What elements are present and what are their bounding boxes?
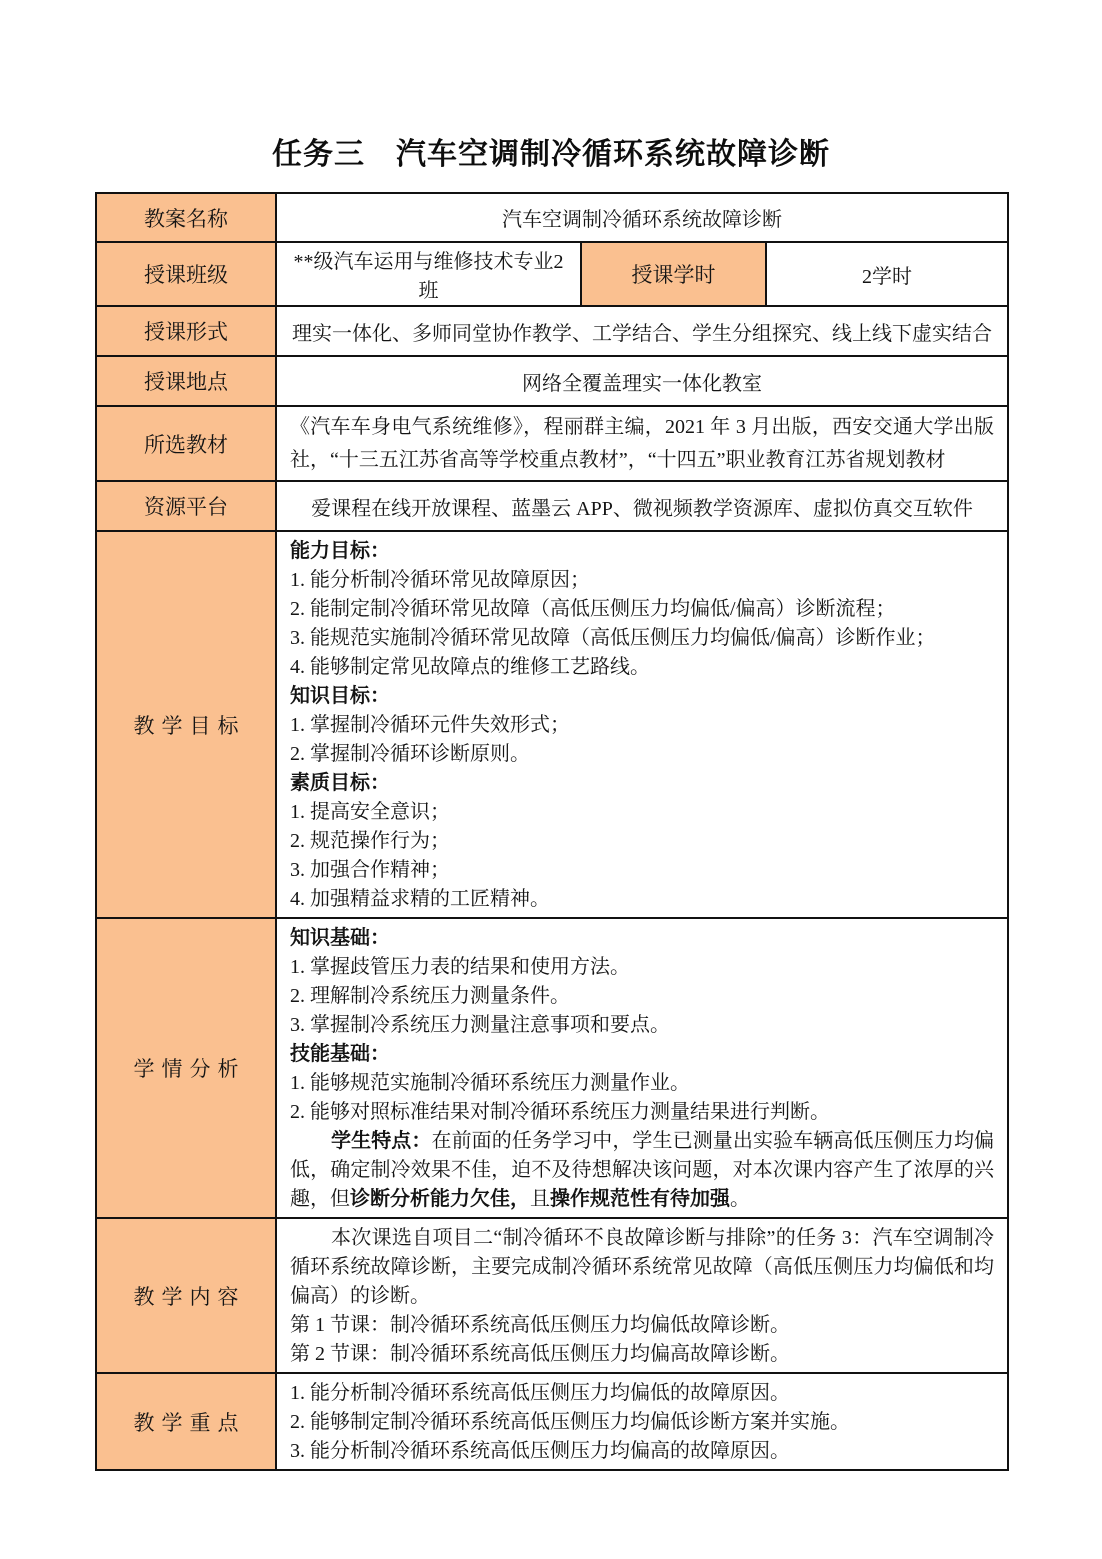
paragraph: 3. 加强合作精神；: [290, 856, 994, 885]
paragraph: 4. 能够制定常见故障点的维修工艺路线。: [290, 653, 994, 682]
paragraph: 2. 能制定制冷循环常见故障（高低压侧压力均偏低/偏高）诊断流程；: [290, 595, 994, 624]
paragraph: 知识基础：: [290, 924, 994, 953]
text-segment: 1. 能够规范实施制冷循环系统压力测量作业。: [290, 1072, 690, 1094]
text-segment: 4. 加强精益求精的工匠精神。: [290, 888, 550, 910]
row-content-hours: 2学时: [766, 242, 1008, 306]
text-segment: 2. 规范操作行为；: [290, 830, 450, 852]
text-segment: 1. 提高安全意识；: [290, 801, 450, 823]
text-segment: 3. 能分析制冷循环系统高低压侧压力均偏高的故障原因。: [290, 1440, 790, 1462]
paragraph: 3. 能分析制冷循环系统高低压侧压力均偏高的故障原因。: [290, 1437, 994, 1466]
bold-text-segment: 能力目标：: [290, 540, 390, 562]
paragraph: 1. 能够规范实施制冷循环系统压力测量作业。: [290, 1069, 994, 1098]
row-location: 授课地点 网络全覆盖理实一体化教室: [96, 356, 1008, 406]
row-content: 能力目标：1. 能分析制冷循环常见故障原因；2. 能制定制冷循环常见故障（高低压…: [276, 531, 1008, 918]
row-plan-name: 教案名称 汽车空调制冷循环系统故障诊断: [96, 193, 1008, 242]
bold-text-segment: 知识基础：: [290, 927, 390, 949]
text-segment: 3. 能规范实施制冷循环常见故障（高低压侧压力均偏低/偏高）诊断作业；: [290, 627, 936, 649]
paragraph: 2. 掌握制冷循环诊断原则。: [290, 740, 994, 769]
lesson-plan-table: 教案名称 汽车空调制冷循环系统故障诊断 授课班级 **级汽车运用与维修技术专业2…: [95, 192, 1009, 1471]
page-title: 任务三 汽车空调制冷循环系统故障诊断: [95, 132, 1007, 178]
paragraph: 知识目标：: [290, 682, 994, 711]
row-key-points: 教学重点 1. 能分析制冷循环系统高低压侧压力均偏低的故障原因。2. 能够制定制…: [96, 1373, 1008, 1470]
row-content: 网络全覆盖理实一体化教室: [276, 356, 1008, 406]
document-page: 任务三 汽车空调制冷循环系统故障诊断 教案名称 汽车空调制冷循环系统故障诊断 授…: [0, 0, 1102, 1559]
row-content: 爱课程在线开放课程、蓝墨云 APP、微视频教学资源库、虚拟仿真交互软件: [276, 481, 1008, 531]
text-segment: 1. 能分析制冷循环常见故障原因；: [290, 569, 590, 591]
row-label: 授课形式: [96, 306, 276, 356]
paragraph: 2. 能够制定制冷循环系统高低压侧压力均偏低诊断方案并实施。: [290, 1408, 994, 1437]
row-teaching-form: 授课形式 理实一体化、多师同堂协作教学、工学结合、学生分组探究、线上线下虚实结合: [96, 306, 1008, 356]
bold-text-segment: 技能基础：: [290, 1043, 390, 1065]
text-segment: 且: [530, 1188, 550, 1210]
row-label-hours: 授课学时: [581, 242, 766, 306]
paragraph: 1. 能分析制冷循环系统高低压侧压力均偏低的故障原因。: [290, 1379, 994, 1408]
paragraph: 技能基础：: [290, 1040, 994, 1069]
paragraph: 2. 能够对照标准结果对制冷循环系统压力测量结果进行判断。: [290, 1098, 994, 1127]
row-label: 教案名称: [96, 193, 276, 242]
row-content: 知识基础：1. 掌握歧管压力表的结果和使用方法。2. 理解制冷系统压力测量条件。…: [276, 918, 1008, 1218]
text-segment: 2. 能制定制冷循环常见故障（高低压侧压力均偏低/偏高）诊断流程；: [290, 598, 896, 620]
paragraph: 2. 理解制冷系统压力测量条件。: [290, 982, 994, 1011]
paragraph: 第 1 节课：制冷循环系统高低压侧压力均偏低故障诊断。: [290, 1311, 994, 1340]
text-segment: 2. 掌握制冷循环诊断原则。: [290, 743, 530, 765]
row-label: 资源平台: [96, 481, 276, 531]
paragraph: 学生特点：在前面的任务学习中，学生已测量出实验车辆高低压侧压力均偏低，确定制冷效…: [290, 1127, 994, 1214]
paragraph: 1. 能分析制冷循环常见故障原因；: [290, 566, 994, 595]
paragraph: 2. 规范操作行为；: [290, 827, 994, 856]
row-resource-platform: 资源平台 爱课程在线开放课程、蓝墨云 APP、微视频教学资源库、虚拟仿真交互软件: [96, 481, 1008, 531]
row-label: 教学内容: [96, 1218, 276, 1373]
text-segment: 2. 能够对照标准结果对制冷循环系统压力测量结果进行判断。: [290, 1101, 830, 1123]
row-textbook: 所选教材 《汽车车身电气系统维修》，程丽群主编，2021 年 3 月出版，西安交…: [96, 406, 1008, 481]
row-content: 理实一体化、多师同堂协作教学、工学结合、学生分组探究、线上线下虚实结合: [276, 306, 1008, 356]
text-segment: 3. 加强合作精神；: [290, 859, 450, 881]
paragraph: 第 2 节课：制冷循环系统高低压侧压力均偏高故障诊断。: [290, 1340, 994, 1369]
row-content: 1. 能分析制冷循环系统高低压侧压力均偏低的故障原因。2. 能够制定制冷循环系统…: [276, 1373, 1008, 1470]
bold-text-segment: 操作规范性有待加强: [550, 1188, 730, 1210]
text-segment: 第 2 节课：制冷循环系统高低压侧压力均偏高故障诊断。: [290, 1343, 790, 1365]
row-label: 授课地点: [96, 356, 276, 406]
paragraph: 本次课选自项目二“制冷循环不良故障诊断与排除”的任务 3：汽车空调制冷循环系统故…: [290, 1224, 994, 1311]
bold-text-segment: 学生特点：: [331, 1130, 431, 1152]
text-segment: 本次课选自项目二“制冷循环不良故障诊断与排除”的任务 3：汽车空调制冷循环系统故…: [290, 1227, 994, 1307]
text-segment: 4. 能够制定常见故障点的维修工艺路线。: [290, 656, 650, 678]
text-segment: 2. 能够制定制冷循环系统高低压侧压力均偏低诊断方案并实施。: [290, 1411, 850, 1433]
text-segment: 1. 掌握制冷循环元件失效形式；: [290, 714, 570, 736]
row-label: 学情分析: [96, 918, 276, 1218]
row-content: **级汽车运用与维修技术专业2班: [276, 242, 581, 306]
row-class-and-hours: 授课班级 **级汽车运用与维修技术专业2班 授课学时 2学时: [96, 242, 1008, 306]
paragraph: 3. 掌握制冷系统压力测量注意事项和要点。: [290, 1011, 994, 1040]
row-teaching-content: 教学内容 本次课选自项目二“制冷循环不良故障诊断与排除”的任务 3：汽车空调制冷…: [96, 1218, 1008, 1373]
text-segment: 第 1 节课：制冷循环系统高低压侧压力均偏低故障诊断。: [290, 1314, 790, 1336]
bold-text-segment: 素质目标：: [290, 772, 390, 794]
text-segment: 。: [730, 1188, 750, 1210]
row-label: 教学目标: [96, 531, 276, 918]
row-teaching-objectives: 教学目标 能力目标：1. 能分析制冷循环常见故障原因；2. 能制定制冷循环常见故…: [96, 531, 1008, 918]
row-label: 教学重点: [96, 1373, 276, 1470]
text-segment: 1. 掌握歧管压力表的结果和使用方法。: [290, 956, 630, 978]
row-learner-analysis: 学情分析 知识基础：1. 掌握歧管压力表的结果和使用方法。2. 理解制冷系统压力…: [96, 918, 1008, 1218]
bold-text-segment: 知识目标：: [290, 685, 390, 707]
row-label: 授课班级: [96, 242, 276, 306]
text-segment: 2. 理解制冷系统压力测量条件。: [290, 985, 570, 1007]
text-segment: 3. 掌握制冷系统压力测量注意事项和要点。: [290, 1014, 670, 1036]
bold-text-segment: 诊断分析能力欠佳，: [350, 1188, 530, 1210]
paragraph: 3. 能规范实施制冷循环常见故障（高低压侧压力均偏低/偏高）诊断作业；: [290, 624, 994, 653]
paragraph: 4. 加强精益求精的工匠精神。: [290, 885, 994, 914]
paragraph: 1. 掌握歧管压力表的结果和使用方法。: [290, 953, 994, 982]
row-content: 《汽车车身电气系统维修》，程丽群主编，2021 年 3 月出版，西安交通大学出版…: [276, 406, 1008, 481]
paragraph: 素质目标：: [290, 769, 994, 798]
paragraph: 1. 掌握制冷循环元件失效形式；: [290, 711, 994, 740]
row-content: 汽车空调制冷循环系统故障诊断: [276, 193, 1008, 242]
paragraph: 1. 提高安全意识；: [290, 798, 994, 827]
row-label: 所选教材: [96, 406, 276, 481]
row-content: 本次课选自项目二“制冷循环不良故障诊断与排除”的任务 3：汽车空调制冷循环系统故…: [276, 1218, 1008, 1373]
text-segment: 1. 能分析制冷循环系统高低压侧压力均偏低的故障原因。: [290, 1382, 790, 1404]
paragraph: 能力目标：: [290, 537, 994, 566]
